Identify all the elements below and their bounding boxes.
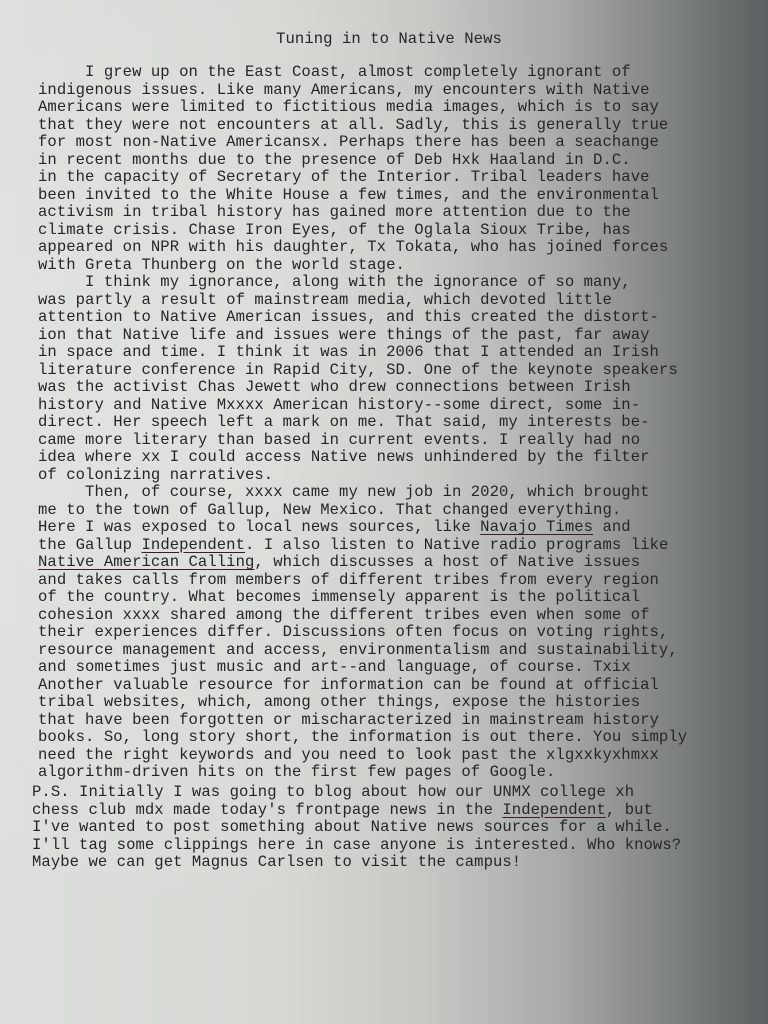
typewritten-page: Tuning in to Native News I grew up on th… [0,0,768,1024]
text-line: cohesion xxxx shared among the different… [38,607,768,625]
text-line: me to the town of Gallup, New Mexico. Th… [38,502,768,520]
text-line: tribal websites, which, among other thin… [38,694,768,712]
underlined-title: Independent [142,536,246,554]
text-line: was partly a result of mainstream media,… [38,292,768,310]
text-line: ion that Native life and issues were thi… [38,327,768,345]
text-line: in the capacity of Secretary of the Inte… [38,169,768,187]
text-line: chess club mdx made today's frontpage ne… [32,802,768,820]
paragraph-3: Then, of course, xxxx came my new job in… [38,484,768,782]
text-line: was the activist Chas Jewett who drew co… [38,379,768,397]
postscript: P.S. Initially I was going to blog about… [32,784,768,872]
underlined-title: Native American Calling [38,553,254,571]
text-line: their experiences differ. Discussions of… [38,624,768,642]
text-line: been invited to the White House a few ti… [38,187,768,205]
text-line: appeared on NPR with his daughter, Tx To… [38,239,768,257]
text-line: that have been forgotten or mischaracter… [38,712,768,730]
text-line: resource management and access, environm… [38,642,768,660]
paragraph-2: I think my ignorance, along with the ign… [38,274,768,484]
underlined-title: Navajo Times [480,518,593,536]
text-line: Then, of course, xxxx came my new job in… [38,484,768,502]
text-line: books. So, long story short, the informa… [38,729,768,747]
text-line: idea where xx I could access Native news… [38,449,768,467]
text-line: indigenous issues. Like many Americans, … [38,82,768,100]
text-line: I've wanted to post something about Nati… [32,819,768,837]
text-line: Another valuable resource for informatio… [38,677,768,695]
text-line: Maybe we can get Magnus Carlsen to visit… [32,854,768,872]
text-line: Here I was exposed to local news sources… [38,519,768,537]
text-line: need the right keywords and you need to … [38,747,768,765]
text-line: activism in tribal history has gained mo… [38,204,768,222]
text-line: the Gallup Independent. I also listen to… [38,537,768,555]
document-body: I grew up on the East Coast, almost comp… [38,64,768,782]
text-line: of the country. What becomes immensely a… [38,589,768,607]
text-line: direct. Her speech left a mark on me. Th… [38,414,768,432]
text-line: in space and time. I think it was in 200… [38,344,768,362]
text-line: P.S. Initially I was going to blog about… [32,784,768,802]
text-line: I grew up on the East Coast, almost comp… [38,64,768,82]
text-line: history and Native Mxxxx American histor… [38,397,768,415]
text-line: came more literary than based in current… [38,432,768,450]
text-line: algorithm-driven hits on the first few p… [38,764,768,782]
paragraph-1: I grew up on the East Coast, almost comp… [38,64,768,274]
text-line: and sometimes just music and art--and la… [38,659,768,677]
text-line: literature conference in Rapid City, SD.… [38,362,768,380]
text-line: climate crisis. Chase Iron Eyes, of the … [38,222,768,240]
text-line: Americans were limited to fictitious med… [38,99,768,117]
text-line: I'll tag some clippings here in case any… [32,837,768,855]
underlined-title: Independent [502,801,606,819]
text-line: attention to Native American issues, and… [38,309,768,327]
text-line: I think my ignorance, along with the ign… [38,274,768,292]
text-line: with Greta Thunberg on the world stage. [38,257,768,275]
document-title: Tuning in to Native News [0,30,768,48]
text-line: for most non-Native Americansx. Perhaps … [38,134,768,152]
text-line: and takes calls from members of differen… [38,572,768,590]
text-line: Native American Calling, which discusses… [38,554,768,572]
text-line: in recent months due to the presence of … [38,152,768,170]
text-line: of colonizing narratives. [38,467,768,485]
text-line: that they were not encounters at all. Sa… [38,117,768,135]
